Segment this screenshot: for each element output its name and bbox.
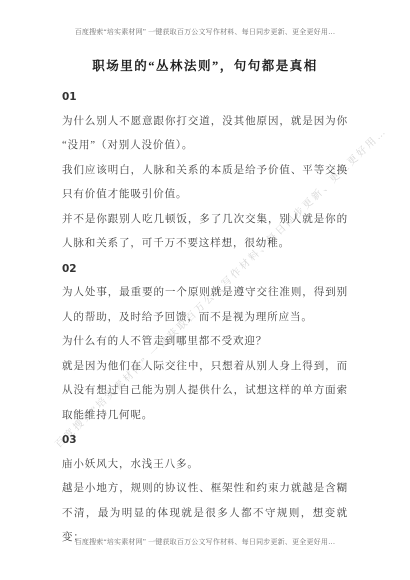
section-number: 02 (62, 257, 348, 282)
paragraph: 为什么有的人不管走到哪里都不受欢迎？ (62, 330, 348, 355)
paragraph: 并不是你跟别人吃几顿饭，多了几次交集，别人就是你的人脉和关系了，可千万不要这样想… (62, 208, 348, 257)
section-number: 03 (62, 428, 348, 453)
paragraph: 我们应该明白，人脉和关系的本质是给予价值、平等交换只有价值才能吸引价值。 (62, 159, 348, 208)
document-body: 01为什么别人不愿意跟你打交道，没其他原因，就是因为你“没用”（对别人没价值）。… (62, 85, 348, 551)
paragraph: 为人处事，最重要的一个原则就是遵守交往准则，得到别人的帮助，及时给予回馈，而不是… (62, 281, 348, 330)
document-title: 职场里的“丛林法则”，句句都是真相 (0, 56, 410, 74)
document-page: 百度搜索“培实素材网” 一键获取百万公文写作材料、每日同步更新、更全更好用… 职… (0, 0, 410, 580)
paragraph: 庙小妖风大，水浅王八多。 (62, 453, 348, 478)
header-promo-text: 百度搜索“培实素材网” 一键获取百万公文写作材料、每日同步更新、更全更好用… (0, 27, 410, 37)
footer-promo-text: 百度搜索“培实素材网” 一键获取百万公文写作材料、每日同步更新、更全更好用… (0, 537, 410, 547)
paragraph: 就是因为他们在人际交往中，只想着从别人身上得到，而从没有想过自己能为别人提供什么… (62, 355, 348, 429)
paragraph: 为什么别人不愿意跟你打交道，没其他原因，就是因为你“没用”（对别人没价值）。 (62, 110, 348, 159)
section-number: 01 (62, 85, 348, 110)
